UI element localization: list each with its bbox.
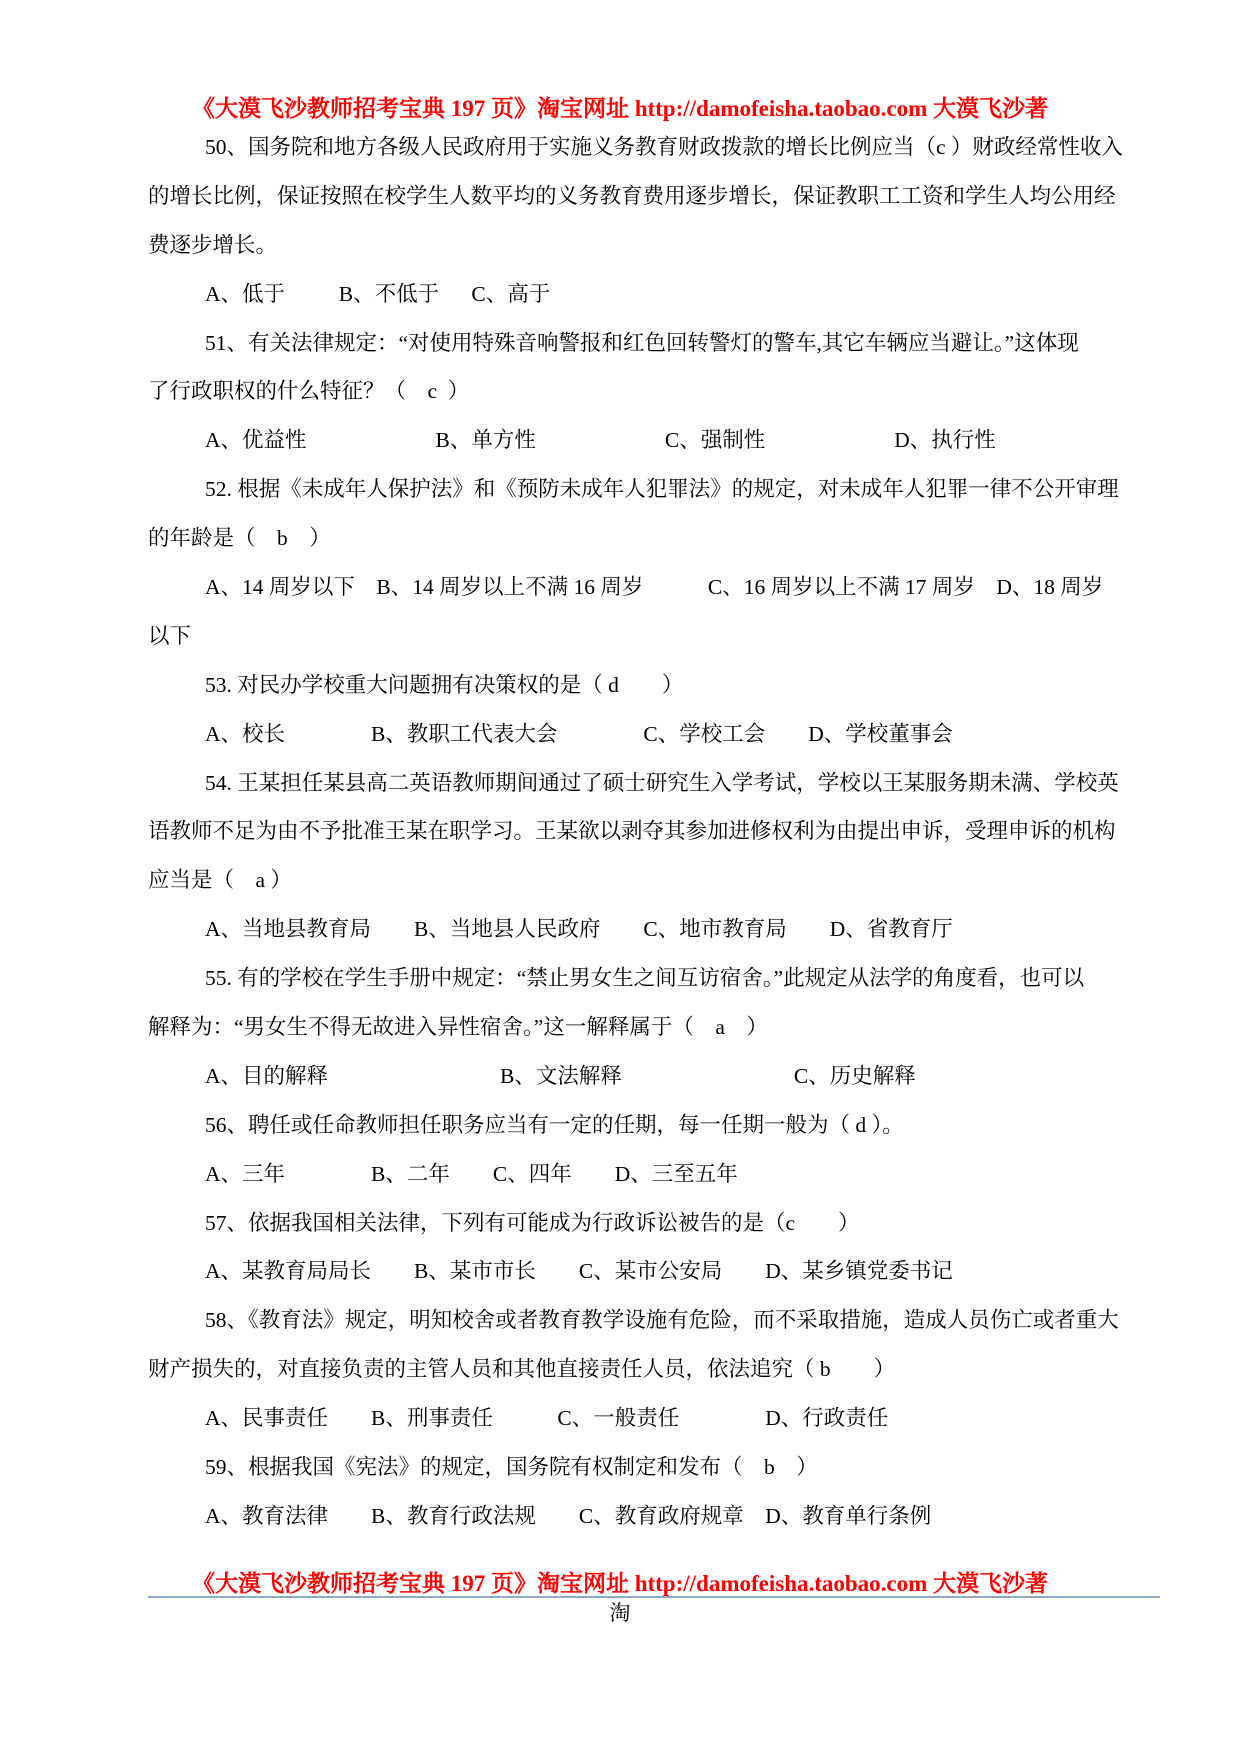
options-line: A、目的解释 B、文法解释 C、历史解释 bbox=[148, 1052, 1148, 1101]
question-line: 53. 对民办学校重大问题拥有决策权的是（ d ） bbox=[148, 661, 1148, 710]
exam-questions-body: 50、国务院和地方各级人民政府用于实施义务教育财政拨款的增长比例应当（c ）财政… bbox=[148, 123, 1148, 1541]
continuation-line: 语教师不足为由不予批准王某在职学习。王某欲以剥夺其参加进修权利为由提出申诉，受理… bbox=[148, 807, 1148, 856]
continuation-line: 以下 bbox=[148, 612, 1148, 661]
continuation-line: 的增长比例，保证按照在校学生人数平均的义务教育费用逐步增长，保证教职工工资和学生… bbox=[148, 172, 1148, 221]
question-line: 51、有关法律规定：“对使用特殊音响警报和红色回转警灯的警车,其它车辆应当避让。… bbox=[148, 319, 1148, 368]
continuation-line: 了行政职权的什么特征？（ c ） bbox=[148, 367, 1148, 416]
question-line: 50、国务院和地方各级人民政府用于实施义务教育财政拨款的增长比例应当（c ）财政… bbox=[148, 123, 1148, 172]
options-line: A、低于 B、不低于 C、高于 bbox=[148, 270, 1148, 319]
question-line: 59、根据我国《宪法》的规定，国务院有权制定和发布（ b ） bbox=[148, 1443, 1148, 1492]
continuation-line: 应当是（ a ） bbox=[148, 856, 1148, 905]
footer-divider bbox=[148, 1596, 1160, 1598]
question-line: 57、依据我国相关法律，下列有可能成为行政诉讼被告的是（c ） bbox=[148, 1199, 1148, 1248]
question-line: 55. 有的学校在学生手册中规定：“禁止男女生之间互访宿舍。”此规定从法学的角度… bbox=[148, 954, 1148, 1003]
options-line: A、14 周岁以下 B、14 周岁以上不满 16 周岁 C、16 周岁以上不满 … bbox=[148, 563, 1148, 612]
options-line: A、优益性 B、单方性 C、强制性 D、执行性 bbox=[148, 416, 1148, 465]
document-page: 《大漠飞沙教师招考宝典 197 页》淘宝网址 http://damofeisha… bbox=[0, 0, 1240, 1754]
options-line: A、教育法律 B、教育行政法规 C、教育政府规章 D、教育单行条例 bbox=[148, 1492, 1148, 1541]
continuation-line: 财产损失的，对直接负责的主管人员和其他直接责任人员，依法追究（ b ） bbox=[148, 1345, 1148, 1394]
options-line: A、当地县教育局 B、当地县人民政府 C、地市教育局 D、省教育厅 bbox=[148, 905, 1148, 954]
question-line: 52. 根据《未成年人保护法》和《预防未成年人犯罪法》的规定，对未成年人犯罪一律… bbox=[148, 465, 1148, 514]
header-promo-text: 《大漠飞沙教师招考宝典 197 页》淘宝网址 http://damofeisha… bbox=[0, 90, 1240, 123]
options-line: A、三年 B、二年 C、四年 D、三至五年 bbox=[148, 1150, 1148, 1199]
footer-page-mark: 淘 bbox=[0, 1601, 1240, 1625]
question-line: 58、《教育法》规定，明知校舍或者教育教学设施有危险，而不采取措施，造成人员伤亡… bbox=[148, 1296, 1148, 1345]
continuation-line: 的年龄是（ b ） bbox=[148, 514, 1148, 563]
question-line: 54. 王某担任某县高二英语教师期间通过了硕士研究生入学考试，学校以王某服务期未… bbox=[148, 759, 1148, 808]
options-line: A、民事责任 B、刑事责任 C、一般责任 D、行政责任 bbox=[148, 1394, 1148, 1443]
continuation-line: 解释为：“男女生不得无故进入异性宿舍。”这一解释属于（ a ） bbox=[148, 1003, 1148, 1052]
question-line: 56、聘任或任命教师担任职务应当有一定的任期，每一任期一般为（ d ）。 bbox=[148, 1101, 1148, 1150]
footer-promo-text: 《大漠飞沙教师招考宝典 197 页》淘宝网址 http://damofeisha… bbox=[0, 1565, 1240, 1598]
continuation-line: 费逐步增长。 bbox=[148, 221, 1148, 270]
options-line: A、校长 B、教职工代表大会 C、学校工会 D、学校董事会 bbox=[148, 710, 1148, 759]
options-line: A、某教育局局长 B、某市市长 C、某市公安局 D、某乡镇党委书记 bbox=[148, 1247, 1148, 1296]
